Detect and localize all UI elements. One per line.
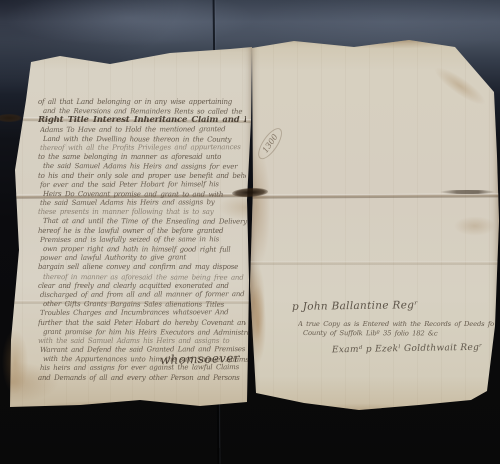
- handwriting-line: thereof with all the Profits Privileges …: [40, 143, 248, 153]
- handwriting-line: A true Copy as is Entered with the Recor…: [298, 320, 494, 329]
- handwriting-line: That at and until the Time of the Enseal…: [43, 217, 251, 227]
- handwriting-line: and Demands of all and every other Perso…: [38, 374, 246, 383]
- handwriting-line: discharged of and from all and all manne…: [40, 290, 248, 300]
- handwriting-line: thereof in manner as aforesaid the same …: [43, 273, 251, 283]
- handwriting-line: Adams To Have and to Hold the mentioned …: [40, 125, 248, 135]
- handwriting-line: of all that Land belonging or in any wis…: [38, 98, 246, 107]
- stain: [2, 330, 28, 394]
- handwriting-line: Troubles Charges and Incumbrances whatso…: [40, 308, 248, 318]
- handwriting-line: the said Samuel Adams his Heirs and assi…: [40, 198, 248, 208]
- handwriting-line: and the Reversions and Remainders Rents …: [43, 107, 251, 117]
- handwriting-line: Right Title Interest Inheritance Claim a…: [38, 116, 246, 125]
- copy-note: A true Copy as is Entered with the Recor…: [298, 320, 494, 338]
- handwriting-line: these presents in manner following that …: [38, 208, 246, 217]
- handwriting-line: County of Suffolk Libº 35 folio 182 &c: [303, 329, 499, 339]
- stain: [250, 285, 266, 363]
- handwriting-line: further that the said Peter Hobart do he…: [38, 319, 246, 328]
- fold-crease: [249, 261, 500, 265]
- fold-crease: [249, 193, 500, 198]
- handwriting-line: to the same belonging in manner as afore…: [38, 153, 246, 162]
- document-photo: of all that Land belonging or in any wis…: [0, 0, 500, 464]
- handwriting-line: Premises and is lawfully seized of the s…: [40, 235, 248, 245]
- registrar-signature: p John Ballantine Regʳ: [292, 299, 418, 313]
- handwriting-line: for ever and the said Peter Hobart for h…: [40, 180, 248, 190]
- left-page-text: of all that Land belonging or in any wis…: [38, 98, 246, 383]
- handwriting-line: bargain sell aliene convey and confirm a…: [38, 263, 246, 272]
- ink-blot: [440, 190, 495, 194]
- handwriting-line: power and lawful Authority to give grant: [40, 253, 248, 263]
- closing-word: whomsoever: [160, 351, 240, 367]
- handwriting-line: the said Samuel Adams his Heirs and assi…: [43, 162, 251, 172]
